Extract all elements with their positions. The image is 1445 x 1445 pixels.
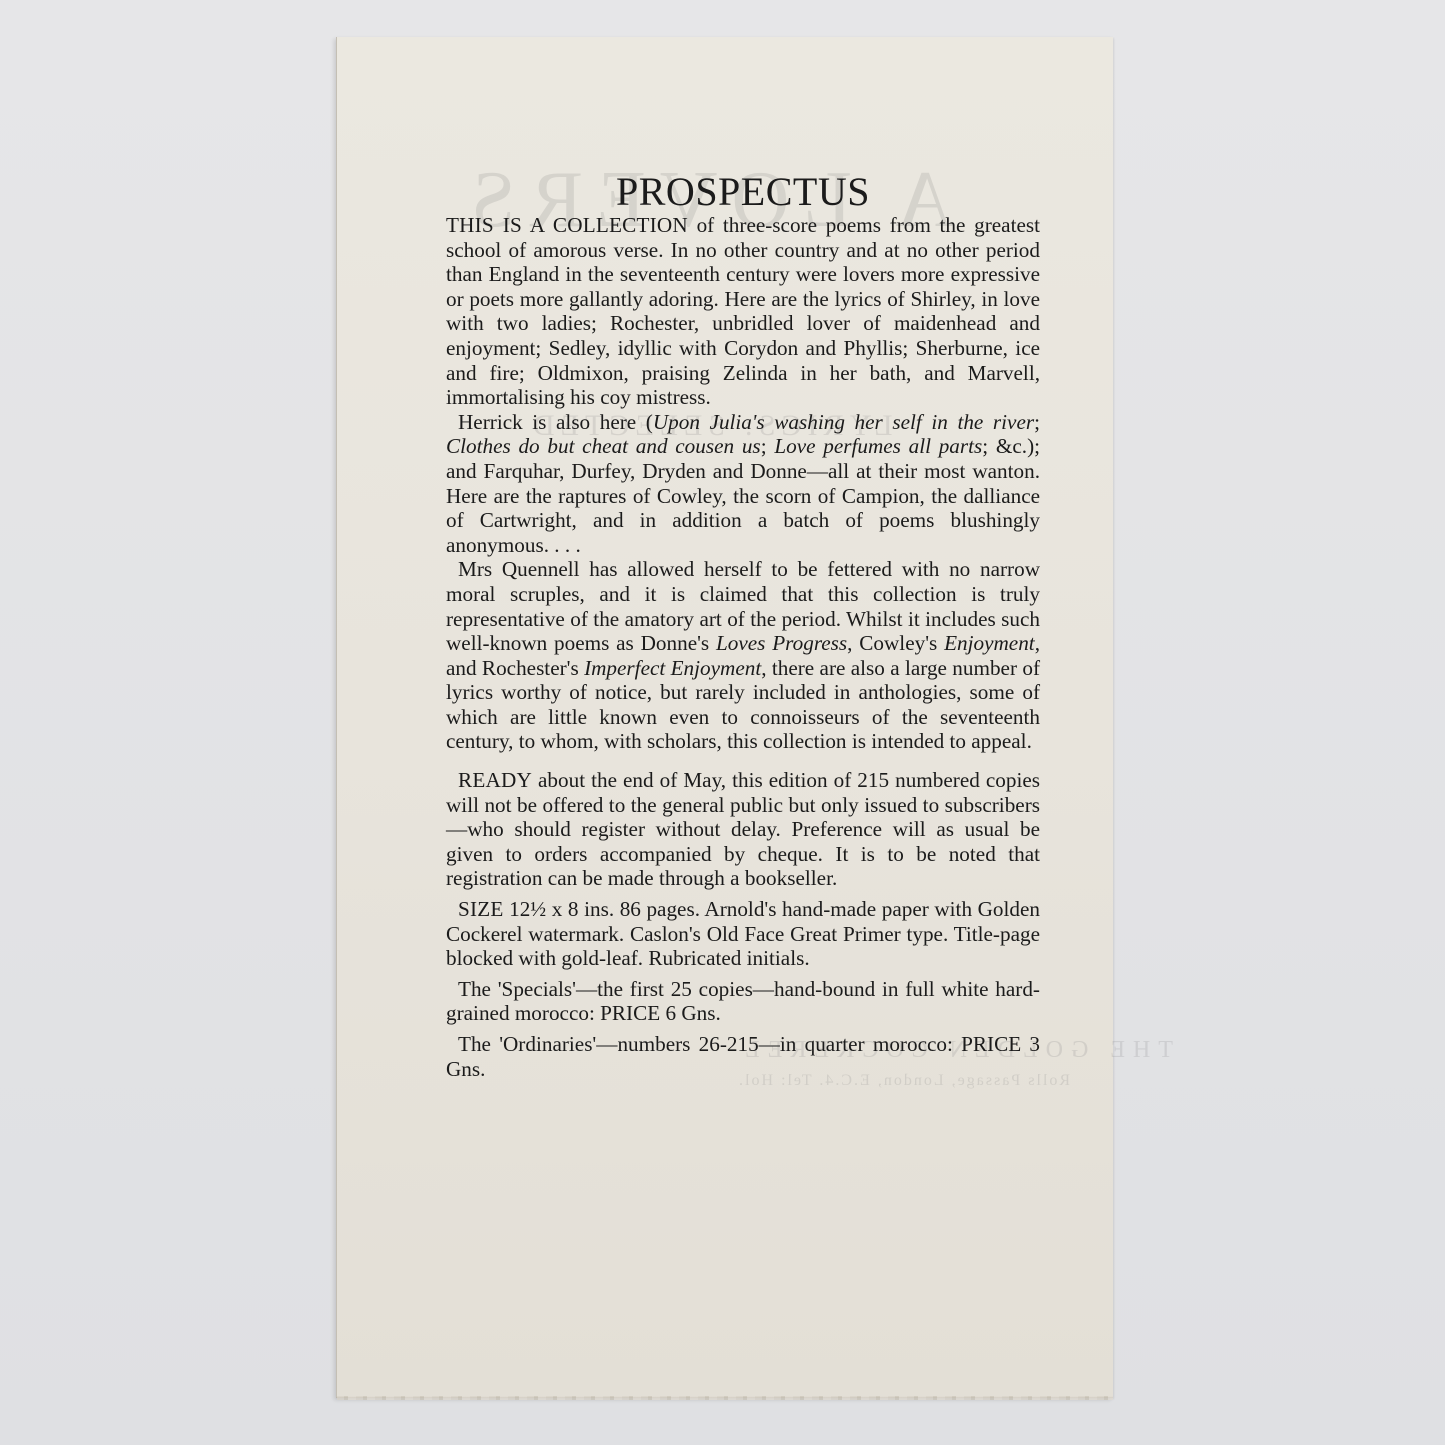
paragraph-size: SIZE 12½ x 8 ins. 86 pages. Arnold's han… xyxy=(446,897,1040,971)
text-segment: The 'Ordinaries'—numbers 26-215—in quart… xyxy=(446,1032,1040,1081)
italic-title: Upon Julia's washing her self in the riv… xyxy=(653,410,1034,434)
paragraph-ordinaries-price: The 'Ordinaries'—numbers 26-215—in quart… xyxy=(446,1032,1040,1081)
text-segment: of three-score poems from the greatest s… xyxy=(446,213,1040,409)
italic-title: Clothes do but cheat and cousen us xyxy=(446,434,761,458)
text-segment: THIS IS A COLLECTION xyxy=(446,213,688,237)
italic-title: Enjoyment xyxy=(944,631,1035,655)
text-segment: Herrick is also here ( xyxy=(458,410,653,434)
prospectus-body: PROSPECTUS THIS IS A COLLECTION of three… xyxy=(446,170,1040,1081)
text-segment: about the end of May, this edition of 21… xyxy=(446,768,1040,890)
prospectus-sheet: A LOVERS LYRICS: SELECTED THE GOLDEN COC… xyxy=(336,37,1113,1398)
text-segment: SIZE xyxy=(458,897,504,921)
italic-title: Imperfect Enjoyment xyxy=(584,656,761,680)
italic-title: Love perfumes all parts xyxy=(774,434,982,458)
text-segment: ; xyxy=(1034,410,1040,434)
text-segment: The 'Specials'—the first 25 copies—hand-… xyxy=(446,977,1040,1026)
text-segment: READY xyxy=(458,768,532,792)
paragraph-herrick: Herrick is also here (Upon Julia's washi… xyxy=(446,410,1040,558)
paragraph-specials-price: The 'Specials'—the first 25 copies—hand-… xyxy=(446,977,1040,1026)
text-segment: 12½ x 8 ins. 86 pages. Arnold's hand-mad… xyxy=(446,897,1040,970)
paragraph-quennell: Mrs Quennell has allowed herself to be f… xyxy=(446,557,1040,754)
text-segment: ; xyxy=(761,434,775,458)
text-segment: , Cowley's xyxy=(847,631,944,655)
page-title: PROSPECTUS xyxy=(446,170,1040,214)
italic-title: Loves Progress xyxy=(716,631,847,655)
paragraph-intro: THIS IS A COLLECTION of three-score poem… xyxy=(446,213,1040,410)
paragraph-ready: READY about the end of May, this edition… xyxy=(446,768,1040,891)
